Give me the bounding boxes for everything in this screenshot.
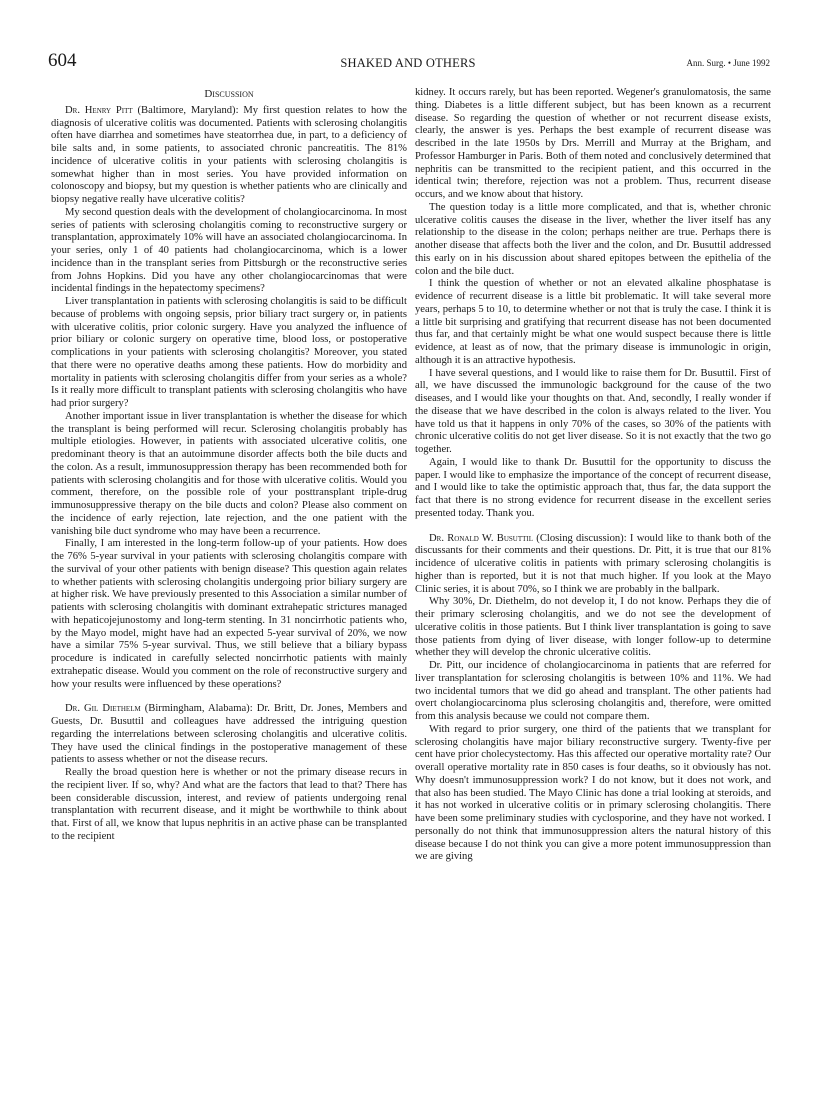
paragraph-text: kidney. It occurs rarely, but has been r…	[415, 87, 771, 200]
right-column: kidney. It occurs rarely, but has been r…	[415, 87, 771, 864]
paragraph-text: With regard to prior surgery, one third …	[415, 724, 771, 863]
paragraph: Dr. Pitt, our incidence of cholangiocarc…	[415, 660, 771, 724]
paragraph: Why 30%, Dr. Diethelm, do not develop it…	[415, 596, 771, 660]
speaker-paragraph: Dr. Gil Diethelm (Birmingham, Alabama): …	[51, 703, 407, 767]
left-column: Discussion Dr. Henry Pitt (Baltimore, Ma…	[51, 87, 407, 844]
speaker-name: Dr. Gil Diethelm	[65, 703, 141, 714]
paragraph-text: Again, I would like to thank Dr. Busutti…	[415, 457, 771, 519]
paragraph-text: Another important issue in liver transpl…	[51, 411, 407, 537]
speaker-name: Dr. Ronald W. Busuttil	[429, 533, 533, 544]
paragraph: Really the broad question here is whethe…	[51, 767, 407, 844]
journal-info: Ann. Surg. • June 1992	[687, 58, 771, 68]
section-title: Discussion	[51, 87, 407, 101]
paragraph-text: Finally, I am interested in the long-ter…	[51, 538, 407, 689]
paragraph-text: Dr. Pitt, our incidence of cholangiocarc…	[415, 660, 771, 722]
paragraph: I have several questions, and I would li…	[415, 368, 771, 457]
speaker-name: Dr. Henry Pitt	[65, 105, 133, 116]
paragraph: Liver transplantation in patients with s…	[51, 296, 407, 411]
paragraph-text: (Baltimore, Maryland): My first question…	[51, 105, 407, 205]
left-paragraphs: Dr. Henry Pitt (Baltimore, Maryland): My…	[51, 105, 407, 844]
speaker-paragraph: Dr. Henry Pitt (Baltimore, Maryland): My…	[51, 105, 407, 207]
paragraph-text: Why 30%, Dr. Diethelm, do not develop it…	[415, 596, 771, 658]
paragraph: The question today is a little more comp…	[415, 202, 771, 279]
paragraph: kidney. It occurs rarely, but has been r…	[415, 87, 771, 202]
paragraph-text: I think the question of whether or not a…	[415, 278, 771, 366]
paragraph: Again, I would like to thank Dr. Busutti…	[415, 457, 771, 521]
paragraph: Finally, I am interested in the long-ter…	[51, 538, 407, 691]
paragraph: Another important issue in liver transpl…	[51, 411, 407, 539]
paragraph-text: My second question deals with the develo…	[51, 207, 407, 295]
paragraph-text: Liver transplantation in patients with s…	[51, 296, 407, 409]
paragraph-text: The question today is a little more comp…	[415, 202, 771, 277]
paragraph-text: Really the broad question here is whethe…	[51, 767, 407, 842]
speaker-paragraph: Dr. Ronald W. Busuttil (Closing discussi…	[415, 533, 771, 597]
paragraph-text: I have several questions, and I would li…	[415, 368, 771, 456]
paragraph: My second question deals with the develo…	[51, 207, 407, 296]
paragraph: I think the question of whether or not a…	[415, 278, 771, 367]
paragraph: With regard to prior surgery, one third …	[415, 724, 771, 864]
right-paragraphs: kidney. It occurs rarely, but has been r…	[415, 87, 771, 864]
